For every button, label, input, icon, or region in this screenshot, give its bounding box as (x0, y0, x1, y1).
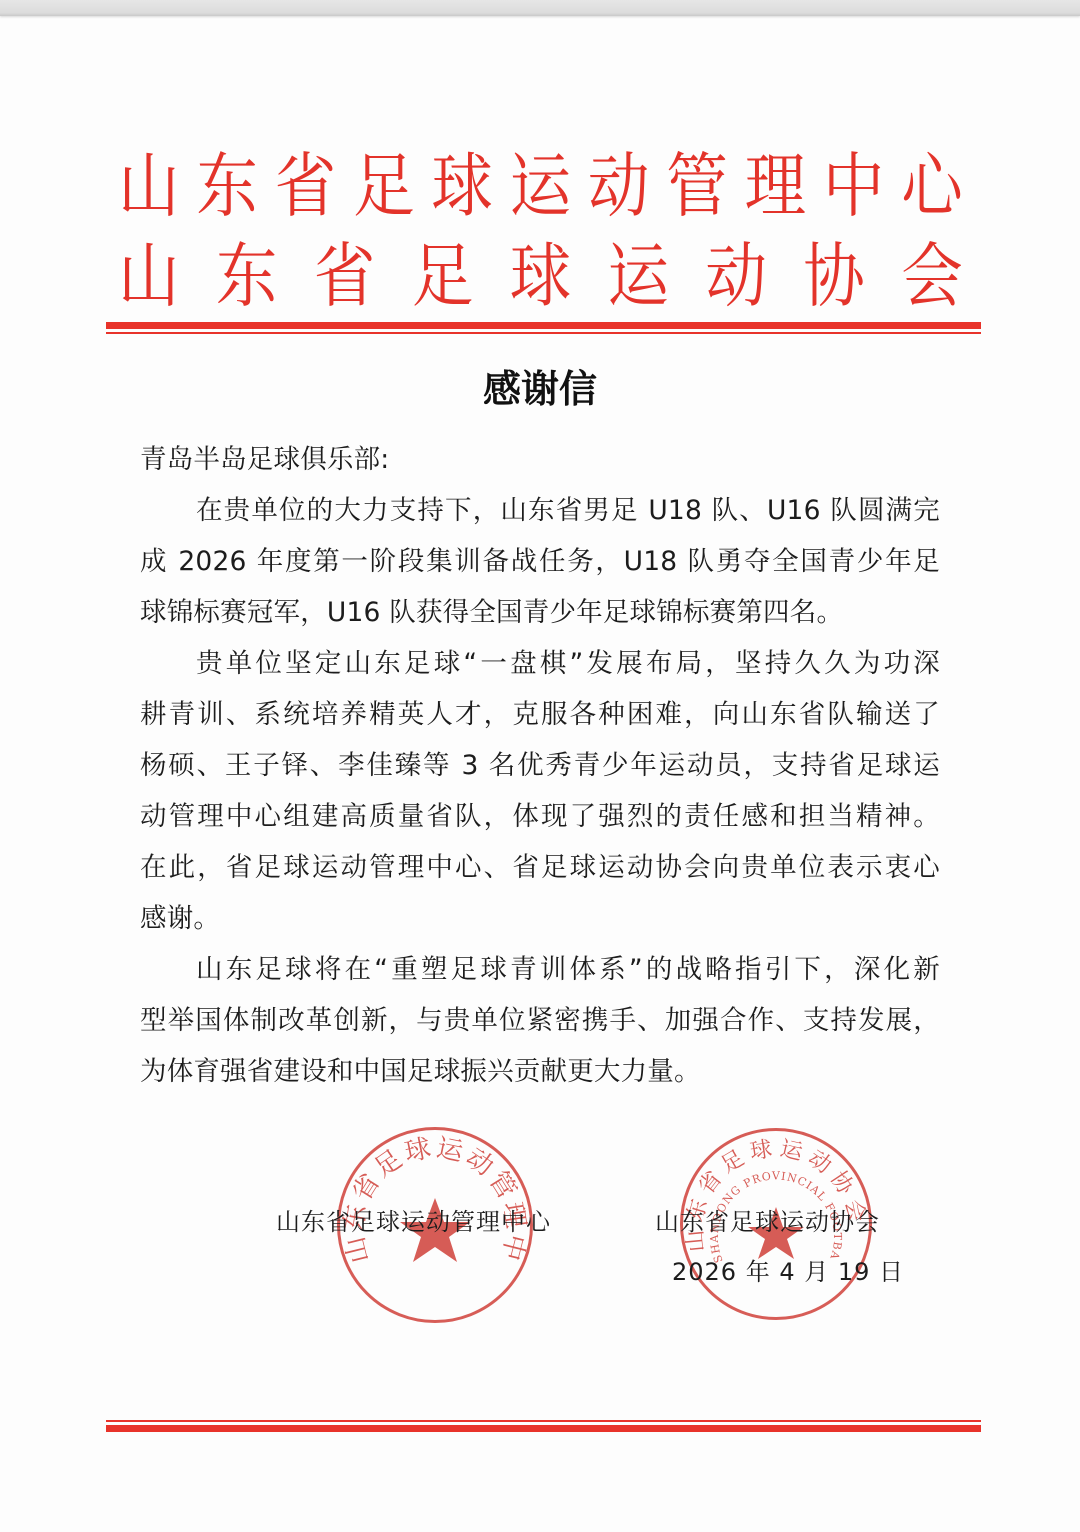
masthead-char: 心 (901, 146, 963, 226)
footer-rule-thin (106, 1420, 981, 1422)
paragraph-3-line-1: 山东足球将在“重塑足球青训体系”的战略指引下，深化新 (140, 944, 940, 996)
paragraph-2-line-3: 杨硕、王子铎、李佳臻等 3 名优秀青少年运动员，支持省足球运 (140, 740, 940, 792)
masthead-char: 足 (412, 236, 474, 316)
paragraph-2-line-1: 贵单位坚定山东足球“一盘棋”发展布局，坚持久久为功深 (140, 638, 940, 690)
masthead-char: 东 (216, 236, 278, 316)
masthead-char: 会 (901, 236, 963, 316)
paragraph-2-line-5: 在此，省足球运动管理中心、省足球运动协会向贵单位表示衷心 (140, 842, 940, 894)
masthead-char: 中 (823, 146, 885, 226)
paragraph-1-line-3: 球锦标赛冠军，U16 队获得全国青少年足球锦标赛第四名。 (140, 587, 940, 639)
header-rule-thin (106, 332, 981, 334)
masthead-char: 理 (745, 146, 807, 226)
masthead-char: 运 (510, 146, 572, 226)
letter-title: 感谢信 (0, 358, 1080, 413)
viewer-top-bar (0, 0, 1080, 16)
masthead-char: 山 (118, 146, 180, 226)
signature-date: 2026 年 4 月 19 日 (672, 1252, 904, 1287)
signature-management-center: 山东省足球运动管理中心 (276, 1202, 551, 1237)
salutation: 青岛半岛足球俱乐部: (140, 434, 940, 486)
masthead-char: 动 (588, 146, 650, 226)
masthead-char: 山 (118, 236, 180, 316)
paragraph-2-line-2: 耕青训、系统培养精英人才，克服各种困难，向山东省队输送了 (140, 689, 940, 741)
paragraph-2-line-6: 感谢。 (140, 893, 940, 945)
masthead-char: 动 (705, 236, 767, 316)
masthead-char: 球 (510, 236, 572, 316)
paragraph-1-line-2: 成 2026 年度第一阶段集训备战任务，U18 队勇夺全国青少年足 (140, 536, 940, 588)
header-rule-thick (106, 322, 981, 329)
masthead-char: 管 (666, 146, 728, 226)
masthead-char: 东 (196, 146, 258, 226)
masthead-char: 协 (803, 236, 865, 316)
signature-football-association: 山东省足球运动协会 (655, 1202, 880, 1237)
masthead-char: 运 (608, 236, 670, 316)
masthead-line-1: 山 东 省 足 球 运 动 管 理 中 心 (118, 146, 963, 226)
masthead-char: 省 (314, 236, 376, 316)
paragraph-2-line-4: 动管理中心组建高质量省队，体现了强烈的责任感和担当精神。 (140, 791, 940, 843)
masthead-char: 球 (431, 146, 493, 226)
masthead-line-2: 山 东 省 足 球 运 动 协 会 (118, 236, 963, 316)
paragraph-3-line-2: 型举国体制改革创新，与贵单位紧密携手、加强合作、支持发展， (140, 995, 940, 1047)
masthead-char: 足 (353, 146, 415, 226)
footer-rule-thick (106, 1425, 981, 1432)
paragraph-3-line-3: 为体育强省建设和中国足球振兴贡献更大力量。 (140, 1046, 940, 1098)
paragraph-1-line-1: 在贵单位的大力支持下，山东省男足 U18 队、U16 队圆满完 (140, 485, 940, 537)
masthead-char: 省 (275, 146, 337, 226)
